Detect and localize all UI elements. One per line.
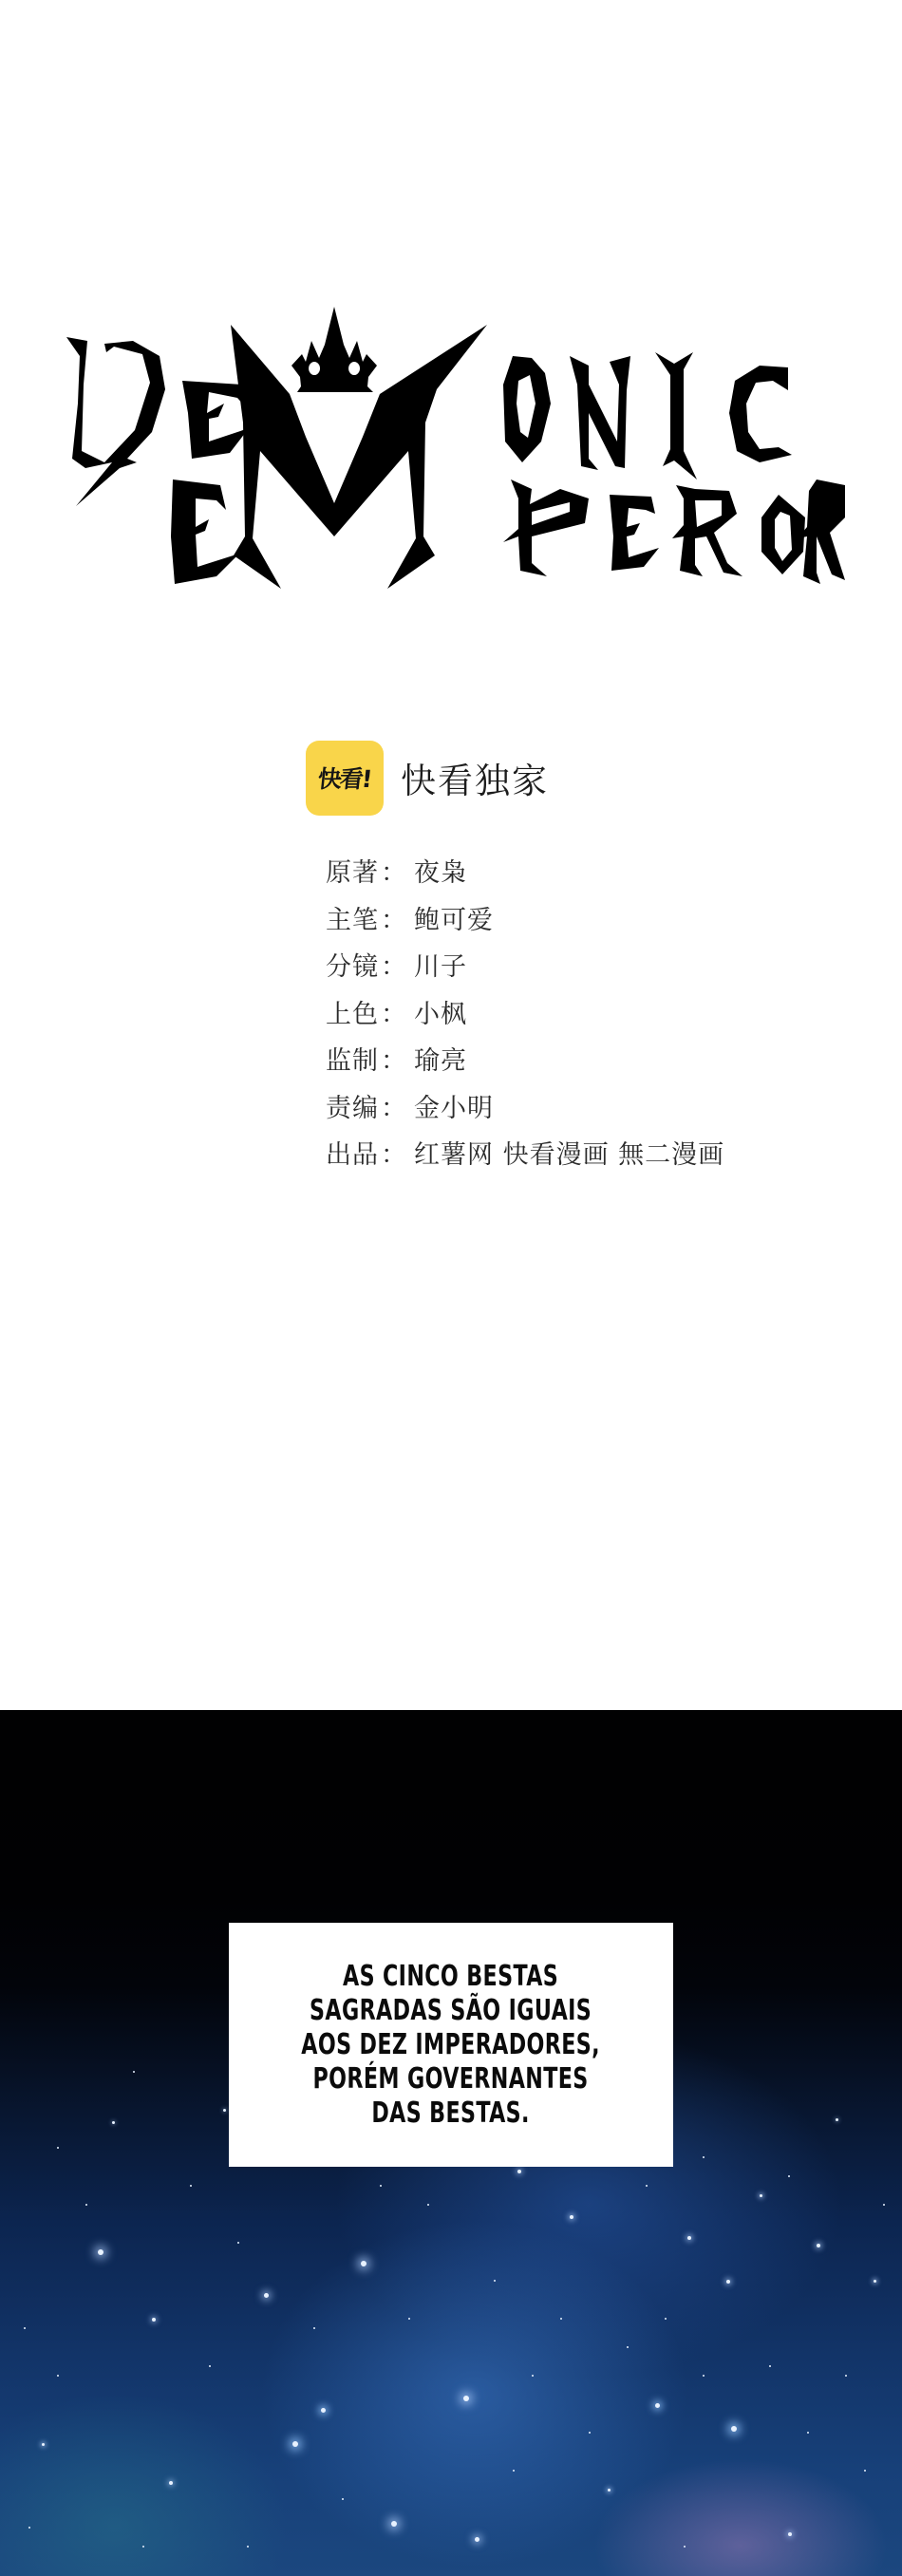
star-icon [292,2441,298,2447]
star-icon [845,2375,847,2377]
credit-name: 夜枭 [414,852,467,889]
credit-role: 责编 [326,1087,379,1124]
caption-line: AS CINCO BESTAS [302,1960,601,1994]
exclusive-label: 快看独家 [401,752,549,803]
star-icon [703,2375,705,2377]
credit-name: 红薯网 快看漫画 無二漫画 [414,1134,724,1171]
star-icon [517,2170,521,2173]
caption-line: DAS BESTAS. [302,2097,601,2131]
credit-row-producer: 出品：红薯网 快看漫画 無二漫画 [326,1129,724,1176]
star-icon [223,2109,226,2112]
star-icon [570,2215,573,2219]
credit-name: 川子 [414,946,467,983]
star-icon [321,2408,326,2413]
credit-separator: ： [381,993,406,1030]
letter-o2 [761,495,805,574]
star-icon [247,2546,249,2548]
credit-row-original: 原著：夜枭 [326,847,724,894]
star-icon [703,2156,705,2158]
star-icon [627,2346,629,2348]
star-icon [57,2375,59,2377]
credit-separator: ： [381,852,406,889]
letter-i [655,352,697,479]
star-icon [85,2204,87,2206]
credit-separator: ： [381,1087,406,1124]
star-icon [133,2071,135,2073]
star-icon [237,2242,239,2244]
kuaikan-icon-text: 快看! [316,761,372,795]
star-icon [807,2432,809,2434]
letter-p [503,479,589,576]
star-icon [760,2194,762,2197]
narration-text: AS CINCO BESTAS SAGRADAS SÃO IGUAIS AOS … [302,1960,601,2131]
star-icon [836,2118,838,2121]
star-icon [264,2293,269,2298]
star-icon [864,2470,866,2472]
letter-r2 [798,479,845,584]
credit-name: 鲍可爱 [414,899,494,936]
credit-name: 瑜亮 [414,1040,467,1077]
exclusive-badge: 快看! 快看独家 [306,740,549,816]
credit-name: 小枫 [414,993,467,1030]
star-icon [475,2537,479,2542]
caption-line: PORÉM GOVERNANTES [302,2062,601,2097]
letter-d [66,337,165,506]
credit-role: 出品 [326,1134,379,1171]
star-icon [494,2280,496,2282]
title-logo [57,299,845,598]
letter-e-top [182,381,249,459]
star-icon [788,2175,790,2177]
star-icon [788,2532,792,2536]
star-icon [655,2403,660,2408]
star-icon [190,2185,192,2187]
caption-line: SAGRADAS SÃO IGUAIS [302,1994,601,2028]
credit-separator: ： [381,1040,406,1077]
star-icon [463,2396,469,2401]
credit-row-artist: 主笔：鲍可爱 [326,894,724,942]
star-icon [361,2261,366,2266]
star-icon [731,2426,737,2432]
star-icon [684,2546,686,2548]
credit-separator: ： [381,899,406,936]
star-icon [883,2204,885,2206]
credit-separator: ： [381,946,406,983]
star-icon [112,2121,115,2124]
star-icon [28,2527,30,2529]
credits-list: 原著：夜枭 主笔：鲍可爱 分镜：川子 上色：小枫 监制：瑜亮 责编：金小明 出品… [326,847,724,1176]
demonic-emperor-logo [57,299,845,598]
credit-row-storyboard: 分镜：川子 [326,941,724,988]
star-icon [152,2318,156,2322]
letter-e-bottom [171,479,239,584]
letter-n [570,356,630,470]
letter-e2 [610,495,659,571]
kuaikan-app-icon: 快看! [306,741,384,816]
star-icon [391,2521,397,2527]
credit-role: 监制 [326,1040,379,1077]
star-icon [57,2147,59,2149]
star-icon [380,2185,382,2187]
star-icon [142,2546,144,2548]
star-icon [874,2280,876,2283]
credit-role: 上色 [326,993,379,1030]
star-icon [608,2489,611,2491]
credit-role: 主笔 [326,899,379,936]
credit-role: 分镜 [326,946,379,983]
star-icon [98,2249,103,2255]
star-icon [42,2443,45,2446]
star-icon [427,2204,429,2206]
caption-line: AOS DEZ IMPERADORES, [302,2028,601,2062]
star-icon [532,2375,534,2377]
credit-row-editor: 责编：金小明 [326,1082,724,1130]
credit-row-supervisor: 监制：瑜亮 [326,1035,724,1082]
star-icon [560,2318,562,2320]
letter-o [503,356,551,462]
star-icon [726,2280,730,2284]
letter-r [672,485,742,576]
narration-caption-box: AS CINCO BESTAS SAGRADAS SÃO IGUAIS AOS … [229,1923,673,2167]
credit-row-colorist: 上色：小枫 [326,988,724,1036]
star-icon [665,2318,667,2320]
star-icon [513,2470,515,2472]
star-icon [169,2481,173,2485]
credit-separator: ： [381,1134,406,1171]
letter-c [729,366,792,462]
star-icon [342,2498,344,2500]
star-icon [817,2244,820,2247]
star-icon [24,2327,26,2329]
star-icon [769,2365,771,2367]
star-icon [313,2327,315,2329]
star-icon [687,2236,691,2240]
star-icon [589,2432,591,2434]
star-icon [646,2185,648,2187]
star-icon [408,2318,410,2320]
crown-icon [291,307,377,392]
credit-role: 原著 [326,852,379,889]
credit-name: 金小明 [414,1087,494,1124]
star-icon [209,2365,211,2367]
